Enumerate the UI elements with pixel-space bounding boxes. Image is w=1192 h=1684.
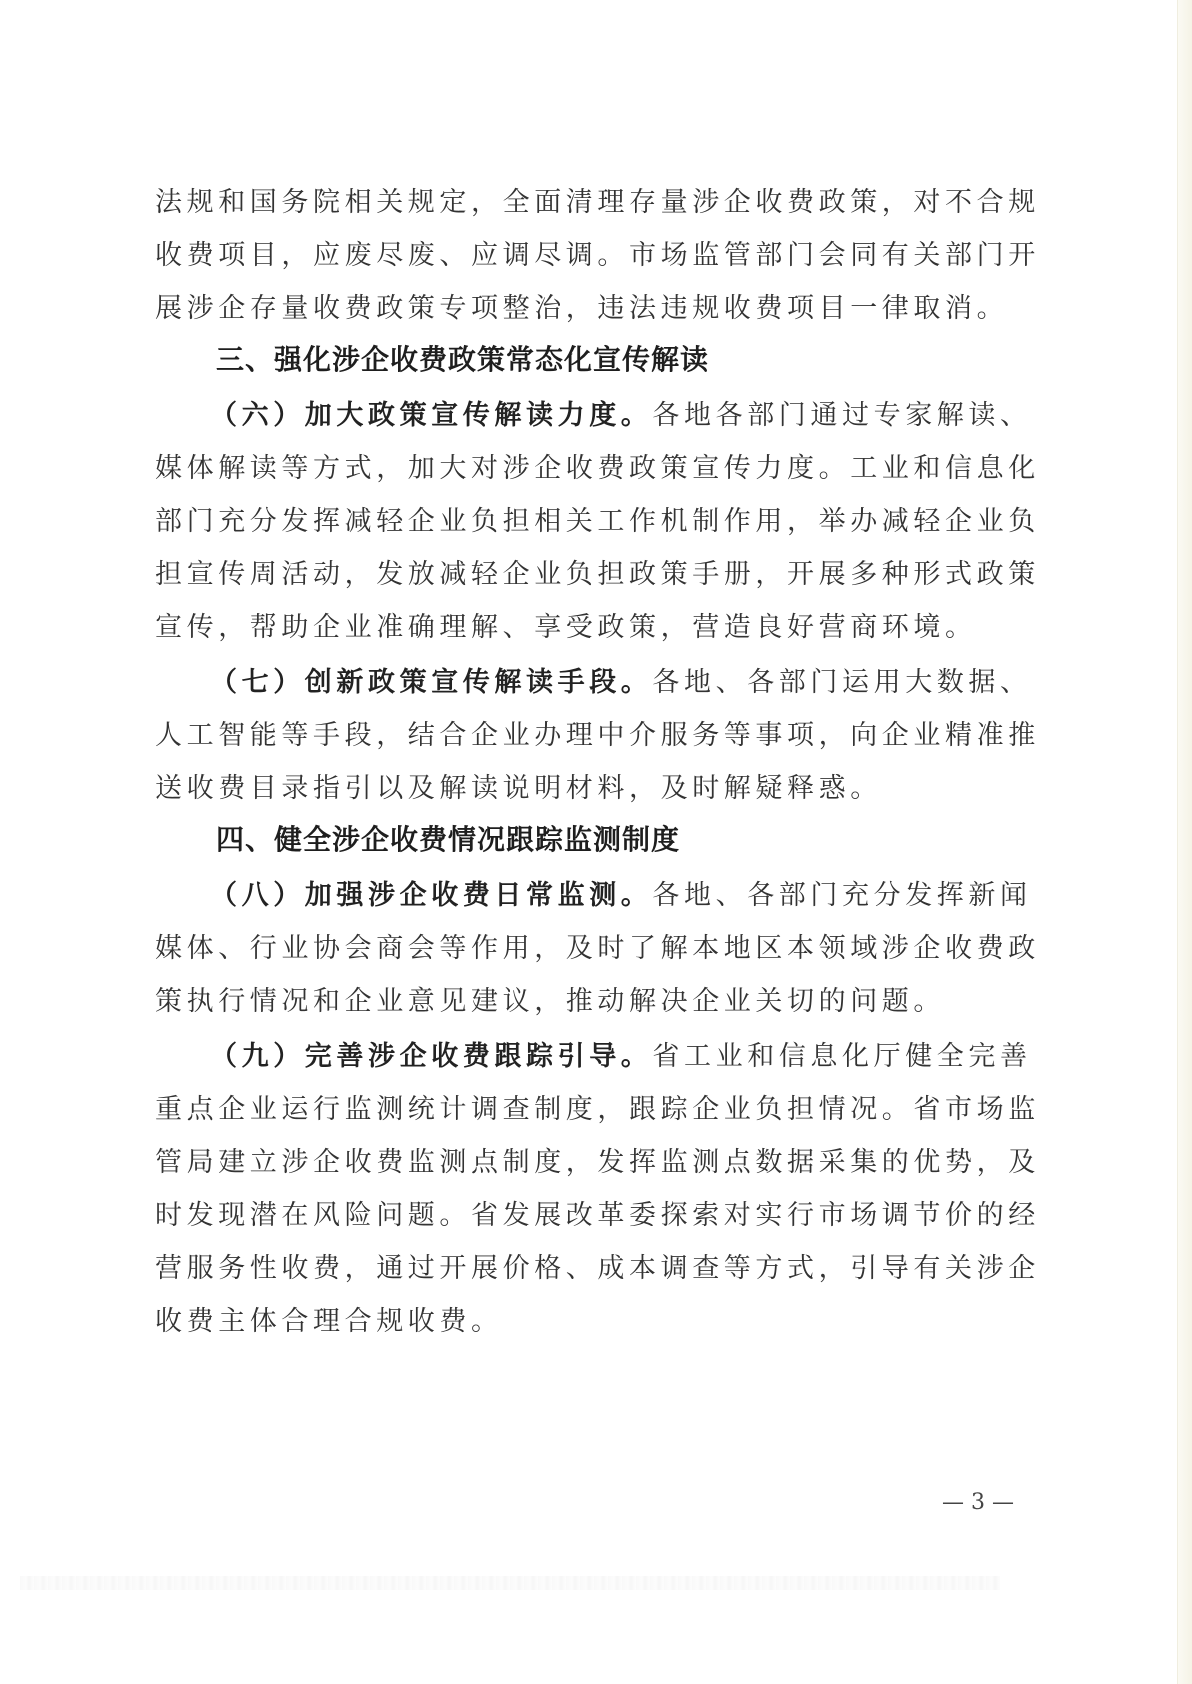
item-9-lead: （九）完善涉企收费跟踪引导。 xyxy=(210,1041,652,1072)
item-9-first-line: （九）完善涉企收费跟踪引导。省工业和信息化厅健全完善 xyxy=(210,1037,1045,1077)
paragraph-line: 送收费目录指引以及解读说明材料，及时解疑释惑。 xyxy=(155,769,1045,809)
paragraph-line: 营服务性收费，通过开展价格、成本调查等方式，引导有关涉企 xyxy=(155,1249,1045,1289)
paragraph-line: 策执行情况和企业意见建议，推动解决企业关切的问题。 xyxy=(155,982,1045,1022)
item-8-rest: 各地、各部门充分发挥新闻 xyxy=(652,880,1031,911)
section-heading-4: 四、健全涉企收费情况跟踪监测制度 xyxy=(216,818,680,862)
item-7-rest: 各地、各部门运用大数据、 xyxy=(652,667,1031,698)
paragraph-line: 管局建立涉企收费监测点制度，发挥监测点数据采集的优势，及 xyxy=(155,1143,1045,1183)
item-6-rest: 各地各部门通过专家解读、 xyxy=(652,400,1031,431)
item-7-first-line: （七）创新政策宣传解读手段。各地、各部门运用大数据、 xyxy=(210,663,1045,703)
item-6-first-line: （六）加大政策宣传解读力度。各地各部门通过专家解读、 xyxy=(210,396,1045,436)
item-6-lead: （六）加大政策宣传解读力度。 xyxy=(210,400,652,431)
paragraph-line: 媒体解读等方式，加大对涉企收费政策宣传力度。工业和信息化 xyxy=(155,449,1045,489)
paragraph-line: 担宣传周活动，发放减轻企业负担政策手册，开展多种形式政策 xyxy=(155,555,1045,595)
paragraph-line: 法规和国务院相关规定，全面清理存量涉企收费政策，对不合规 xyxy=(155,183,1045,223)
paragraph-line: 人工智能等手段，结合企业办理中介服务等事项，向企业精准推 xyxy=(155,716,1045,756)
paragraph-line: 展涉企存量收费政策专项整治，违法违规收费项目一律取消。 xyxy=(155,289,1045,329)
item-8-lead: （八）加强涉企收费日常监测。 xyxy=(210,880,652,911)
scan-artifact xyxy=(20,1576,1000,1590)
item-7-lead: （七）创新政策宣传解读手段。 xyxy=(210,667,652,698)
paragraph-line: 重点企业运行监测统计调查制度，跟踪企业负担情况。省市场监 xyxy=(155,1090,1045,1130)
scan-edge xyxy=(1177,0,1192,1684)
section-heading-3: 三、强化涉企收费政策常态化宣传解读 xyxy=(216,338,709,382)
item-9-rest: 省工业和信息化厅健全完善 xyxy=(652,1041,1031,1072)
paragraph-line: 收费主体合理合规收费。 xyxy=(155,1302,1045,1342)
paragraph-line: 部门充分发挥减轻企业负担相关工作机制作用，举办减轻企业负 xyxy=(155,502,1045,542)
paragraph-line: 时发现潜在风险问题。省发展改革委探索对实行市场调节价的经 xyxy=(155,1196,1045,1236)
paragraph-line: 收费项目，应废尽废、应调尽调。市场监管部门会同有关部门开 xyxy=(155,236,1045,276)
item-8-first-line: （八）加强涉企收费日常监测。各地、各部门充分发挥新闻 xyxy=(210,876,1045,916)
paragraph-line: 宣传，帮助企业准确理解、享受政策，营造良好营商环境。 xyxy=(155,608,1045,648)
page-number: — 3 — xyxy=(942,1488,1014,1518)
document-page: 法规和国务院相关规定，全面清理存量涉企收费政策，对不合规 收费项目，应废尽废、应… xyxy=(0,0,1192,1684)
paragraph-line: 媒体、行业协会商会等作用，及时了解本地区本领域涉企收费政 xyxy=(155,929,1045,969)
